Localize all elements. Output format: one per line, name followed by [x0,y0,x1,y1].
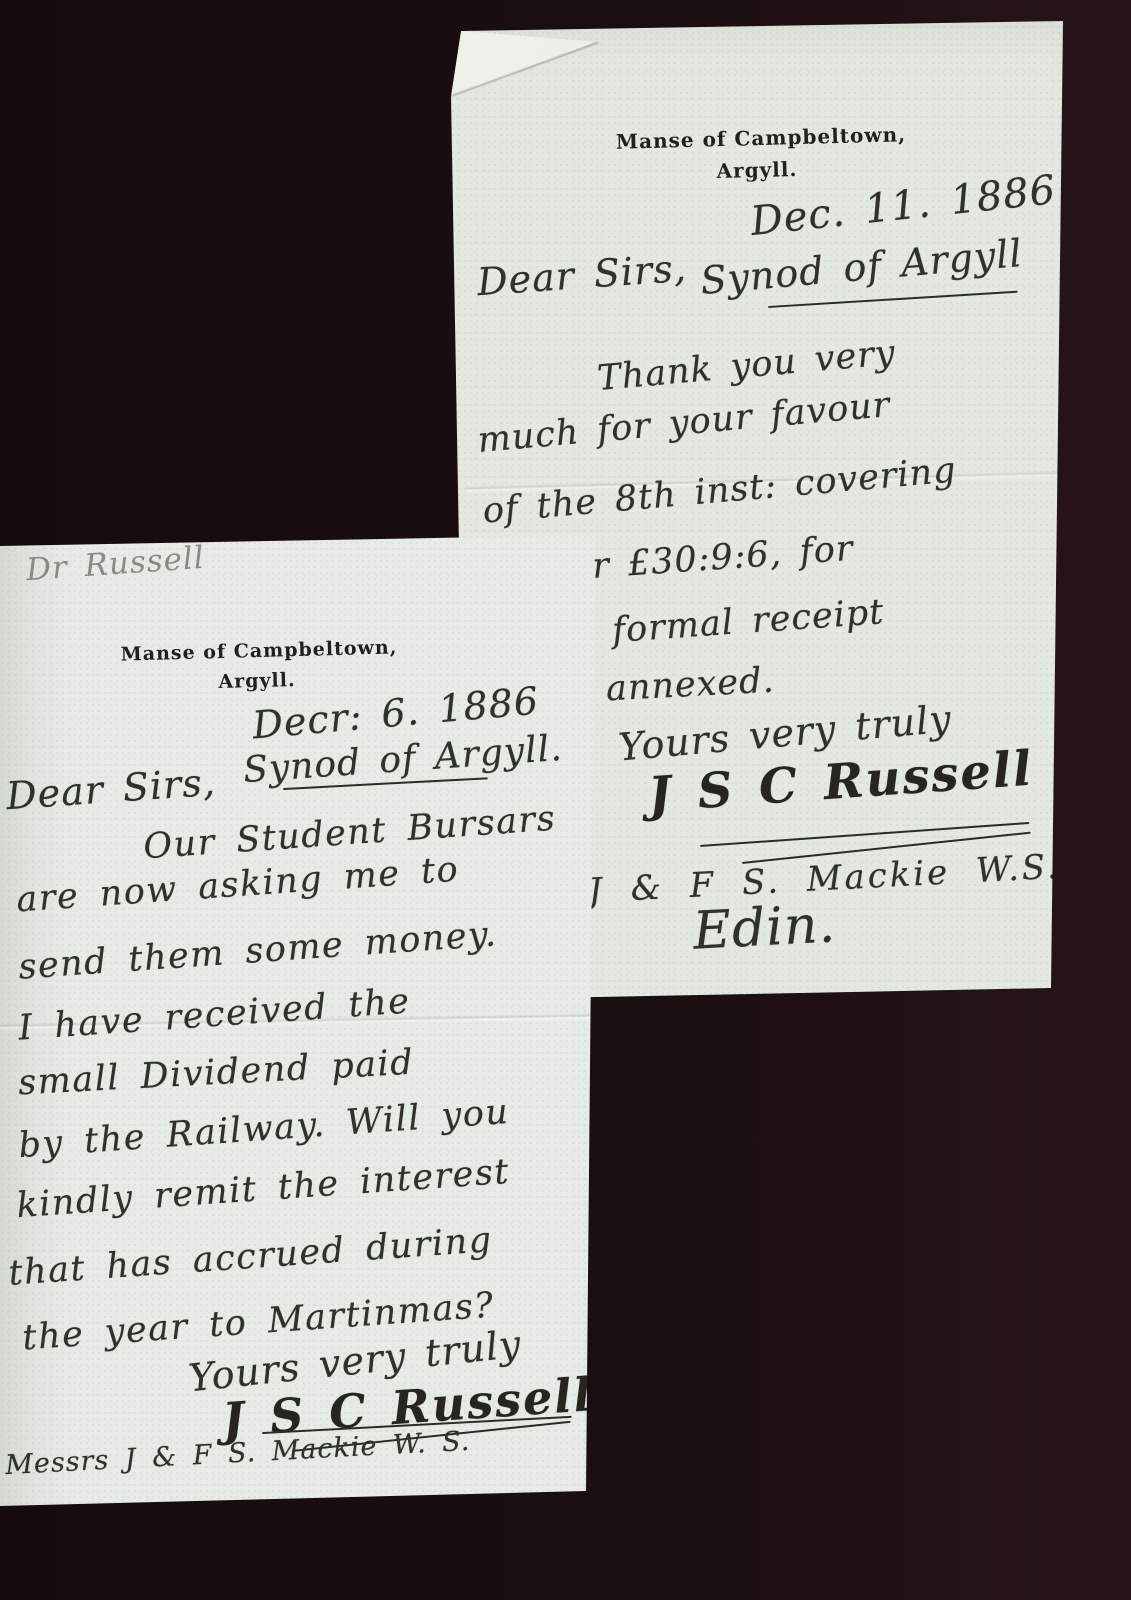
body-line: small Dividend paid [17,1046,415,1102]
letterhead-line1: Manse of Campbeltown, [120,636,397,665]
letterhead-line2: Argyll. [218,669,296,693]
body-line: by the Railway. Will you [17,1095,510,1164]
body-line: much for your favour [476,388,892,459]
letterhead-line1: Manse of Campbeltown, [616,122,907,154]
body-line: Our Student Bursars [142,802,557,866]
body-line: annexed. [605,664,775,708]
body-line: send them some money. [17,917,498,985]
body-line: a formal receipt [571,595,885,652]
body-line: of the 8th inst: covering [481,453,958,529]
body-line: for £30:9:6, for [555,532,855,588]
subject-line: Synod of Argyll [699,234,1024,300]
photo-background: Manse of Campbeltown, Argyll. Dec. 11. 1… [0,0,1131,1600]
salutation: Dear Sirs, [5,763,217,816]
body-line: that has accrued during [7,1223,493,1292]
place-line: Edin. [692,898,837,957]
body-line: kindly remit the interest [15,1155,511,1224]
folded-corner [0,0,1131,120]
letterhead-line2: Argyll. [716,157,797,183]
salutation: Dear Sirs, [476,249,688,302]
signature-underline [700,822,1029,847]
body-line: are now asking me to [15,853,460,919]
body-line: I have received the [17,984,411,1046]
pencil-annotation: Dr Russell [25,543,206,586]
